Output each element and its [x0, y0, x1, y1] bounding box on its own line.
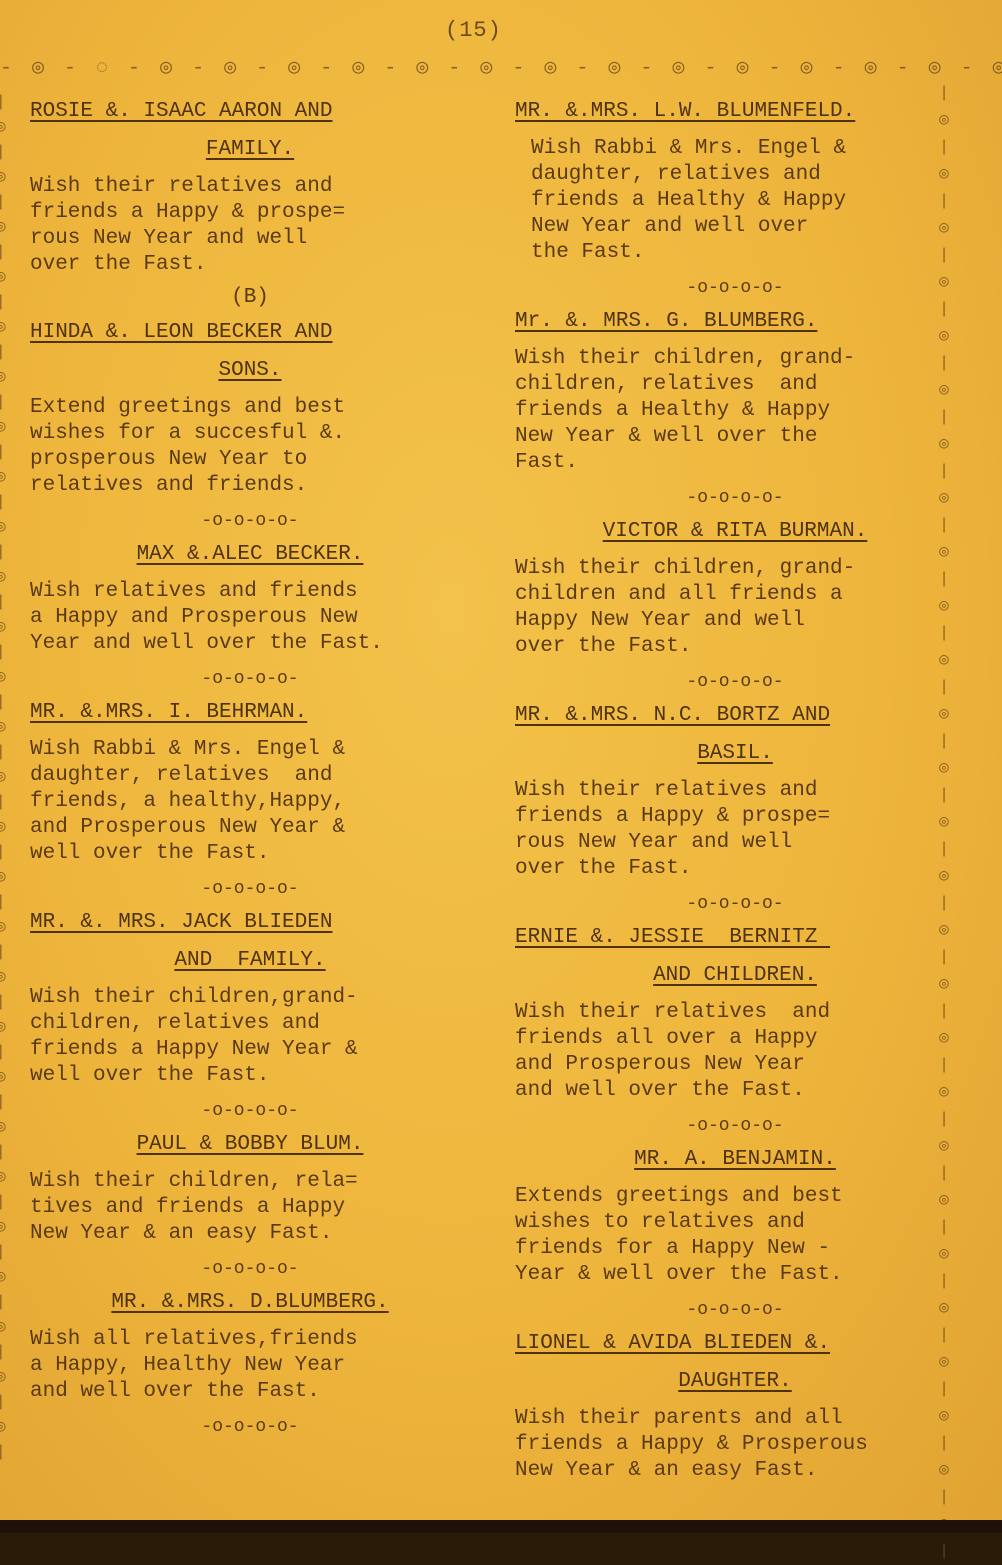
entry-title: LIONEL & AVIDA BLIEDEN &. [515, 1330, 955, 1358]
entry-message: Extends greetings and best wishes to rel… [515, 1184, 955, 1288]
entry-title-cont: AND CHILDREN. [515, 962, 955, 990]
greeting-entry: MR. &. MRS. JACK BLIEDEN AND FAMILY. Wis… [30, 909, 470, 1089]
greeting-entry: MAX &.ALEC BECKER. Wish relatives and fr… [30, 541, 470, 657]
entry-message: Wish their relatives and friends a Happy… [515, 778, 955, 882]
separator: -o-o-o-o- [30, 511, 470, 531]
greeting-entry: LIONEL & AVIDA BLIEDEN &. DAUGHTER. Wish… [515, 1330, 955, 1484]
separator: -o-o-o-o- [515, 672, 955, 692]
greeting-entry: HINDA &. LEON BECKER AND SONS. Extend gr… [30, 319, 470, 499]
greeting-entry: VICTOR & RITA BURMAN. Wish their childre… [515, 518, 955, 660]
entry-title: MR. &.MRS. N.C. BORTZ AND [515, 702, 955, 730]
decorative-border-top: - ◎ - ◌ - ◎ - ◎ - ◎ - ◎ - ◎ - ◎ - ◎ - ◎ … [0, 54, 960, 80]
separator: -o-o-o-o- [30, 1259, 470, 1279]
separator: -o-o-o-o- [30, 1417, 470, 1437]
entry-title: VICTOR & RITA BURMAN. [515, 518, 955, 546]
entry-message: Wish relatives and friends a Happy and P… [30, 579, 470, 657]
entry-title: ERNIE &. JESSIE BERNITZ [515, 924, 955, 952]
entry-message: Wish their children,grand- children, rel… [30, 985, 470, 1089]
greeting-entry: MR. &.MRS. N.C. BORTZ AND BASIL. Wish th… [515, 702, 955, 882]
greeting-entry: MR. &.MRS. L.W. BLUMENFELD. Wish Rabbi &… [515, 98, 955, 266]
entry-title: MR. A. BENJAMIN. [515, 1146, 955, 1174]
entry-message: Wish their children, rela= tives and fri… [30, 1169, 470, 1247]
greeting-entry: MR. A. BENJAMIN. Extends greetings and b… [515, 1146, 955, 1288]
separator: -o-o-o-o- [515, 278, 955, 298]
entry-title: MR. &. MRS. JACK BLIEDEN [30, 909, 470, 937]
greeting-entry: ERNIE &. JESSIE BERNITZ AND CHILDREN. Wi… [515, 924, 955, 1104]
section-letter: (B) [30, 286, 470, 309]
greeting-entry: MR. &.MRS. I. BEHRMAN. Wish Rabbi & Mrs.… [30, 699, 470, 867]
entry-message: Wish their children, grand- children, re… [515, 346, 955, 476]
entry-title: MR. &.MRS. L.W. BLUMENFELD. [515, 98, 955, 126]
entry-title-cont: FAMILY. [30, 136, 470, 164]
entry-message: Wish their children, grand- children and… [515, 556, 955, 660]
entry-title: MR. &.MRS. I. BEHRMAN. [30, 699, 470, 727]
entry-title: MAX &.ALEC BECKER. [30, 541, 470, 569]
entry-title: PAUL & BOBBY BLUM. [30, 1131, 470, 1159]
greeting-entry: PAUL & BOBBY BLUM. Wish their children, … [30, 1131, 470, 1247]
entry-title-cont: AND FAMILY. [30, 947, 470, 975]
entry-message: Extend greetings and best wishes for a s… [30, 395, 470, 499]
separator: -o-o-o-o- [30, 669, 470, 689]
greeting-entry: Mr. &. MRS. G. BLUMBERG. Wish their chil… [515, 308, 955, 476]
left-column: ROSIE &. ISAAC AARON AND FAMILY. Wish th… [30, 98, 470, 1447]
separator: -o-o-o-o- [515, 894, 955, 914]
entry-title: Mr. &. MRS. G. BLUMBERG. [515, 308, 955, 336]
document-page: (15) - ◎ - ◌ - ◎ - ◎ - ◎ - ◎ - ◎ - ◎ - ◎… [0, 0, 1002, 1520]
separator: -o-o-o-o- [515, 1116, 955, 1136]
entry-message: Wish their relatives and friends a Happy… [30, 174, 470, 278]
entry-message: Wish their relatives and friends all ove… [515, 1000, 955, 1104]
separator: -o-o-o-o- [30, 879, 470, 899]
greeting-entry: MR. &.MRS. D.BLUMBERG. Wish all relative… [30, 1289, 470, 1405]
entry-title: HINDA &. LEON BECKER AND [30, 319, 470, 347]
entry-message: Wish their parents and all friends a Hap… [515, 1406, 955, 1484]
entry-message: Wish Rabbi & Mrs. Engel & daughter, rela… [515, 136, 955, 266]
entry-title-cont: DAUGHTER. [515, 1368, 955, 1396]
right-column: MR. &.MRS. L.W. BLUMENFELD. Wish Rabbi &… [515, 98, 955, 1488]
entry-message: Wish all relatives,friends a Happy, Heal… [30, 1327, 470, 1405]
page-number: (15) [445, 18, 502, 43]
separator: -o-o-o-o- [515, 488, 955, 508]
entry-title: ROSIE &. ISAAC AARON AND [30, 98, 470, 126]
decorative-border-left: | ◎ | ◎ | ◎ | ◎ | ◎ | ◎ | ◎ | ◎ | ◎ | ◎ … [0, 90, 10, 1465]
entry-message: Wish Rabbi & Mrs. Engel & daughter, rela… [30, 737, 470, 867]
separator: -o-o-o-o- [515, 1300, 955, 1320]
entry-title-cont: BASIL. [515, 740, 955, 768]
page-bottom-edge [0, 1520, 1002, 1533]
greeting-entry: ROSIE &. ISAAC AARON AND FAMILY. Wish th… [30, 98, 470, 278]
entry-title: MR. &.MRS. D.BLUMBERG. [30, 1289, 470, 1317]
entry-title-cont: SONS. [30, 357, 470, 385]
separator: -o-o-o-o- [30, 1101, 470, 1121]
